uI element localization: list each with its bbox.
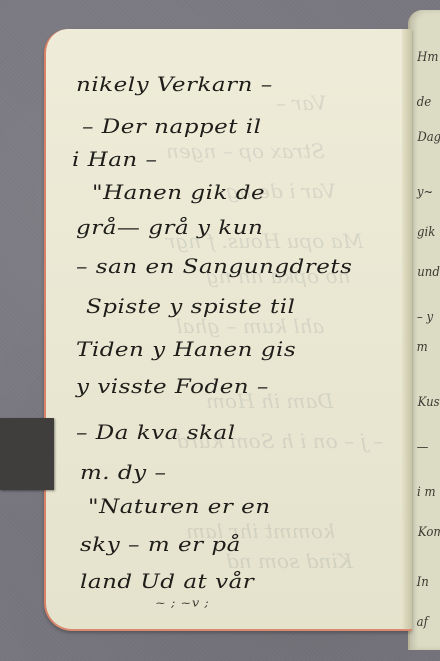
handwritten-line: i Han – (72, 149, 158, 171)
page-gutter (402, 29, 412, 629)
right-page-line: de (417, 95, 431, 110)
handwritten-line: Tiden y Hanen gis (76, 339, 296, 361)
handwritten-line: – Der nappet il (82, 116, 262, 138)
right-page-line: — (417, 440, 429, 455)
handwritten-line: "Naturen er en (88, 496, 271, 518)
right-page-line: Hm (417, 50, 438, 65)
right-page-line: – y (417, 310, 433, 325)
right-page-line: Dag (417, 130, 440, 145)
handwritten-line: – Da kva skal (76, 422, 236, 444)
bookmark-ribbon (0, 418, 54, 490)
right-page-line: In (417, 575, 429, 590)
right-page-line: und (417, 265, 440, 280)
handwritten-line: "Hanen gik de (92, 182, 265, 204)
handwritten-line: m. dy – (80, 462, 166, 484)
right-page-line: Kush (418, 395, 440, 410)
stray-ink-marks: ~ ; ~v ; (155, 597, 209, 610)
handwritten-line: nikely Verkarn – (76, 74, 273, 96)
right-page-line: m (417, 340, 428, 355)
right-page-line: af (417, 615, 428, 630)
handwritten-line: land Ud at vår (80, 571, 254, 593)
handwritten-line: sky – m er på (80, 534, 241, 556)
handwritten-line: grå— grå y kun (76, 217, 263, 239)
handwritten-line: y visste Foden – (76, 376, 269, 398)
right-page-line: y~ (417, 185, 433, 200)
right-page-line: Komd (418, 525, 440, 540)
handwritten-line: – san en Sangungdrets (76, 256, 352, 278)
right-page: Hm de Dag y~ gik und – y m Kush — i m Ko… (408, 10, 440, 650)
right-page-line: i m (417, 485, 436, 500)
handwritten-line: Spiste y spiste til (86, 296, 295, 318)
right-page-line: gik (417, 225, 435, 240)
